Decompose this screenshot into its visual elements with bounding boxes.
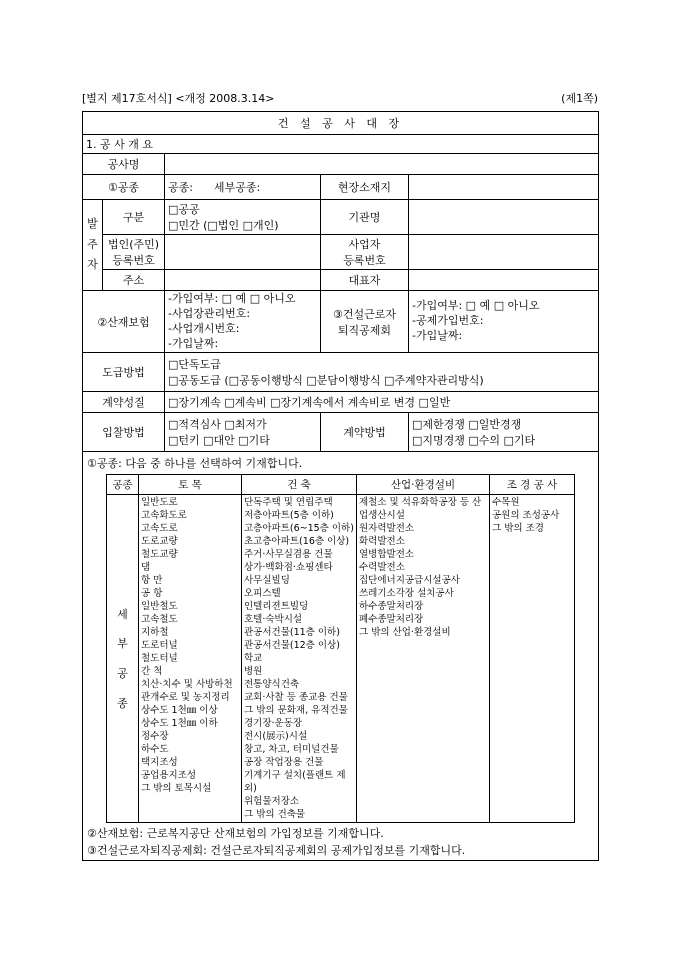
corporate-reg-no-value <box>165 235 321 270</box>
subcategory-vertical-label: 세 부 공 종 <box>107 495 139 823</box>
contract-method-label: 계약방법 <box>321 413 409 452</box>
footnote-retirement-fund: ③건설근로자퇴직공제회: 건설근로자퇴직공제회의 공제가입정보를 기재합니다. <box>87 843 594 860</box>
orderer-vertical-label: 발 주 자 <box>83 200 103 291</box>
project-name-label: 공사명 <box>83 154 165 175</box>
category-header-gongjong: 공종 <box>107 475 139 495</box>
address-value <box>165 270 321 291</box>
address-label: 주소 <box>103 270 165 291</box>
category-header-civil: 토 목 <box>139 475 242 495</box>
form-meta-line: [별지 제17호서식] <개정 2008.3.14> (제1쪽) <box>82 90 598 106</box>
work-type-reference-block: ①공종: 다음 중 하나를 선택하여 기재합니다. 공종 토 목 건 축 산업·… <box>83 452 599 861</box>
orderer-category-options: □공공 □민간 (□법인 □개인) <box>165 200 321 235</box>
work-type-note: ①공종: 다음 중 하나를 선택하여 기재합니다. <box>86 453 595 474</box>
corporate-reg-no-label: 법인(주민) 등록번호 <box>103 235 165 270</box>
bidding-method-options: □적격심사 □최저가 □턴키 □대안 □기타 <box>165 413 321 452</box>
contract-nature-label: 계약성질 <box>83 392 165 413</box>
work-type-label: ①공종 <box>83 175 165 200</box>
contracting-method-options: □단독도급 □공동도급 (□공동이행방식 □분담이행방식 □주계약자관리방식) <box>165 353 599 392</box>
agency-name-label: 기관명 <box>321 200 409 235</box>
industrial-insurance-label: ②산재보험 <box>83 291 165 353</box>
work-type-category-table: 공종 토 목 건 축 산업·환경설비 조 경 공 사 세 부 공 종 일반도로 … <box>106 474 575 823</box>
category-header-landscape: 조 경 공 사 <box>490 475 575 495</box>
form-page: [별지 제17호서식] <개정 2008.3.14> (제1쪽) 건 설 공 사… <box>82 90 598 861</box>
contracting-method-label: 도급방법 <box>83 353 165 392</box>
business-reg-no-value <box>409 235 599 270</box>
business-reg-no-label: 사업자 등록번호 <box>321 235 409 270</box>
category-header-building: 건 축 <box>242 475 357 495</box>
bidding-method-label: 입찰방법 <box>83 413 165 452</box>
site-location-label: 현장소재지 <box>321 175 409 200</box>
form-title: 건 설 공 사 대 장 <box>83 112 599 135</box>
category-header-industrial: 산업·환경설비 <box>357 475 490 495</box>
retirement-fund-label: ③건설근로자 퇴직공제회 <box>321 291 409 353</box>
project-name-value <box>165 154 599 175</box>
building-works-list: 단독주택 및 연립주택 저층아파트(5층 이하) 고층아파트(6~15층 이하)… <box>242 495 357 823</box>
agency-name-value <box>409 200 599 235</box>
civil-works-list: 일반도로 고속화도로 고속도로 도로교량 철도교량 댐 항 만 공 항 일반철도… <box>139 495 242 823</box>
work-type-value: 공종: 세부공종: <box>165 175 321 200</box>
representative-value <box>409 270 599 291</box>
orderer-category-label: 구분 <box>103 200 165 235</box>
section-title: 1. 공 사 개 요 <box>83 135 599 154</box>
form-footnotes: ②산재보험: 근로복지공단 산재보험의 가입정보를 기재합니다. ③건설근로자퇴… <box>86 823 595 859</box>
contract-method-options: □제한경쟁 □일반경쟁 □지명경쟁 □수의 □기타 <box>409 413 599 452</box>
industrial-insurance-fields: -가입여부: □ 예 □ 아니오 -사업장관리번호: -사업개시번호: -가입날… <box>165 291 321 353</box>
footnote-industrial-insurance: ②산재보험: 근로복지공단 산재보험의 가입정보를 기재합니다. <box>87 826 594 843</box>
representative-label: 대표자 <box>321 270 409 291</box>
retirement-fund-fields: -가입여부: □ 예 □ 아니오 -공제가입번호: -가입날짜: <box>409 291 599 353</box>
contract-nature-options: □장기계속 □계속비 □장기계속에서 계속비로 변경 □일반 <box>165 392 599 413</box>
landscape-works-list: 수목원 공원의 조성공사 그 밖의 조경 <box>490 495 575 823</box>
site-location-value <box>409 175 599 200</box>
construction-register-form: 건 설 공 사 대 장 1. 공 사 개 요 공사명 ①공종 공종: 세부공종:… <box>82 111 599 861</box>
industrial-env-works-list: 제철소 및 석유화학공장 등 산업생산시설 원자력발전소 화력발전소 열병합발전… <box>357 495 490 823</box>
page-marker: (제1쪽) <box>561 90 598 106</box>
form-reference: [별지 제17호서식] <개정 2008.3.14> <box>82 90 275 106</box>
